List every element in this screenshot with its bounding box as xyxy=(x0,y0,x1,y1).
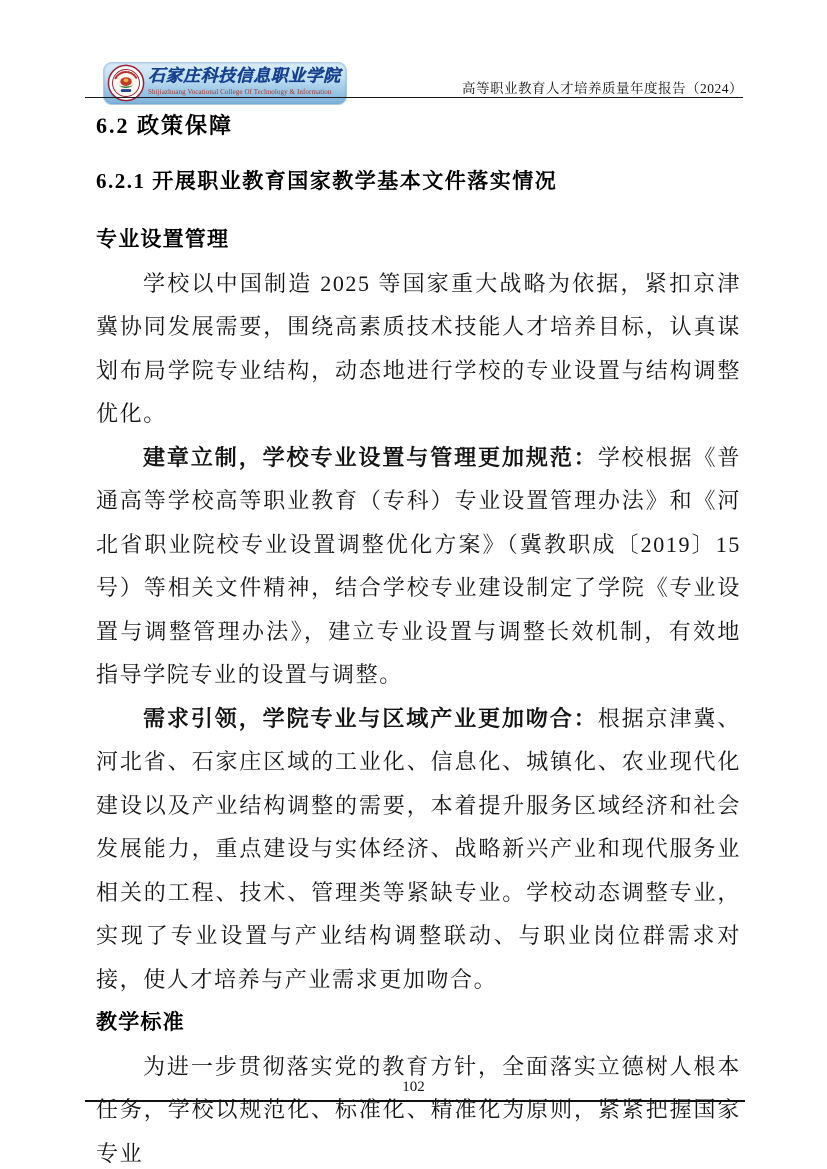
section-heading-6-2: 6.2 政策保障 xyxy=(96,109,233,140)
paragraph-demand: 需求引领，学院专业与区域产业更加吻合：根据京津冀、河北省、石家庄区域的工业化、信… xyxy=(96,697,741,1002)
college-logo-banner: 石家庄科技信息职业学院 Shijiazhuang Vocational Coll… xyxy=(103,62,347,105)
paragraph-teaching-standards-text: 为进一步贯彻落实党的教育方针，全面落实立德树人根本任务，学校以规范化、标准化、精… xyxy=(96,1054,741,1166)
college-logo-text: 石家庄科技信息职业学院 Shijiazhuang Vocational Coll… xyxy=(148,66,344,97)
paragraph-demand-text: 根据京津冀、河北省、石家庄区域的工业化、信息化、城镇化、农业现代化建设以及产业结… xyxy=(96,706,741,992)
college-name-en: Shijiazhuang Vocational College Of Techn… xyxy=(148,88,344,97)
paragraph-rules-lead: 建章立制，学校专业设置与管理更加规范： xyxy=(143,445,598,470)
document-page: 石家庄科技信息职业学院 Shijiazhuang Vocational Coll… xyxy=(0,0,827,1169)
paragraph-rules: 建章立制，学校专业设置与管理更加规范：学校根据《普通高等学校高等职业教育（专科）… xyxy=(96,436,741,697)
paragraph-demand-lead: 需求引领，学院专业与区域产业更加吻合： xyxy=(143,706,598,731)
page-number: 102 xyxy=(0,1079,827,1096)
subheading-teaching-standards: 教学标准 xyxy=(96,1001,741,1045)
paragraph-teaching-standards: 为进一步贯彻落实党的教育方针，全面落实立德树人根本任务，学校以规范化、标准化、精… xyxy=(96,1045,741,1169)
paragraph-strategy: 学校以中国制造 2025 等国家重大战略为依据，紧扣京津冀协同发展需要，围绕高素… xyxy=(96,262,741,436)
report-title: 高等职业教育人才培养质量年度报告（2024） xyxy=(462,77,743,97)
paragraph-strategy-text: 学校以中国制造 2025 等国家重大战略为依据，紧扣京津冀协同发展需要，围绕高素… xyxy=(96,271,741,427)
paragraph-rules-text: 学校根据《普通高等学校高等职业教育（专科）专业设置管理办法》和《河北省职业院校专… xyxy=(96,445,741,688)
header-divider xyxy=(85,97,743,98)
body-text: 专业设置管理 学校以中国制造 2025 等国家重大战略为依据，紧扣京津冀协同发展… xyxy=(96,218,741,1169)
subsection-heading-6-2-1: 6.2.1 开展职业教育国家教学基本文件落实情况 xyxy=(96,165,557,195)
footer-divider xyxy=(85,1100,745,1102)
subheading-major-setup-management: 专业设置管理 xyxy=(96,218,741,262)
college-name-cn: 石家庄科技信息职业学院 xyxy=(148,66,344,86)
